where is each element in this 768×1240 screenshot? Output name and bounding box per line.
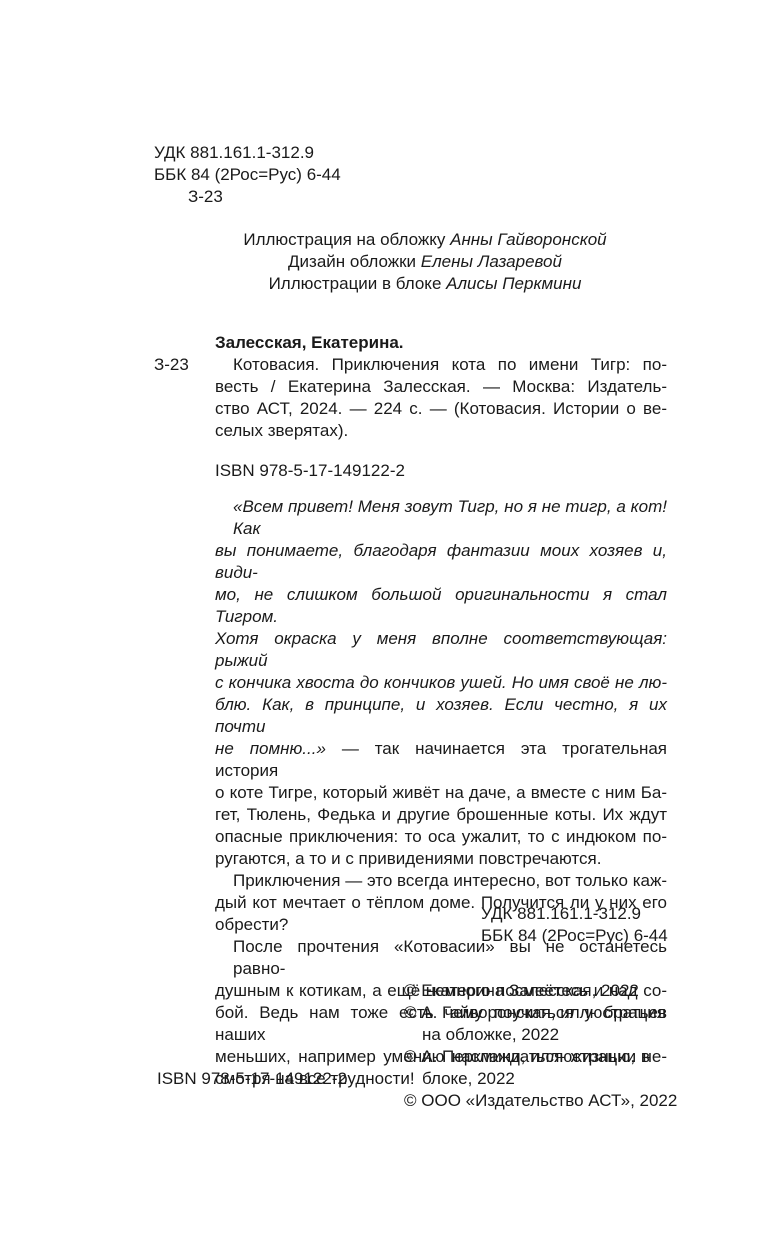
credit-line: Иллюстрации в блоке Алисы Перкмини <box>200 273 650 295</box>
annotation-line: блю. Как, в принципе, и хозяев. Если чес… <box>215 694 667 738</box>
annotation-line: Приключения — это всегда интересно, вот … <box>215 870 667 892</box>
isbn-record: ISBN 978-5-17-149122-2 <box>215 460 405 482</box>
copyright-line: блоке, 2022 <box>404 1068 677 1090</box>
author-heading: Залесская, Екатерина. <box>215 332 404 354</box>
credit-name: Алисы Перкмини <box>446 274 581 293</box>
annotation-line: «Всем привет! Меня зовут Тигр, но я не т… <box>215 496 667 540</box>
annotation-line: опасные приключения: то оса ужалит, то с… <box>215 826 667 848</box>
credit-name: Елены Лазаревой <box>421 252 562 271</box>
credit-line: Иллюстрация на обложку Анны Гайворонской <box>200 229 650 251</box>
annotation-line: с кончика хвоста до кончиков ушей. Но им… <box>215 672 667 694</box>
copyright-line: © Екатерина Залесская, 2022 <box>404 980 677 1002</box>
copyright-line: © А. Перкмини, иллюстрации в <box>404 1046 677 1068</box>
bibliographic-description: Котовасия. Приключения кота по имени Тиг… <box>215 354 667 442</box>
annotation-line: Хотя окраска у меня вполне соответствующ… <box>215 628 667 672</box>
annotation-line: мо, не слишком большой оригинальности я … <box>215 584 667 628</box>
udk-code: УДК 881.161.1-312.9 <box>481 903 668 925</box>
author-sign-left: З-23 <box>154 354 189 376</box>
classification-block-bottom: УДК 881.161.1-312.9 ББК 84 (2Рос=Рус) 6-… <box>481 903 668 947</box>
copyright-line: на обложке, 2022 <box>404 1024 677 1046</box>
classification-block-top: УДК 881.161.1-312.9 ББК 84 (2Рос=Рус) 6-… <box>154 142 341 208</box>
bbk-code: ББК 84 (2Рос=Рус) 6-44 <box>154 164 341 186</box>
credit-line: Дизайн обложки Елены Лазаревой <box>200 251 650 273</box>
biblio-line: весть / Екатерина Залесская. — Москва: И… <box>215 376 667 398</box>
annotation-line: вы понимаете, благодаря фантазии моих хо… <box>215 540 667 584</box>
annotation-line: гет, Тюлень, Федька и другие брошенные к… <box>215 804 667 826</box>
copyright-line: © ООО «Издательство АСТ», 2022 <box>404 1090 677 1112</box>
annotation-line: не помню...» — так начинается эта трогат… <box>215 738 667 782</box>
credits-block: Иллюстрация на обложку Анны Гайворонской… <box>200 229 650 295</box>
annotation-line: о коте Тигре, который живёт на даче, а в… <box>215 782 667 804</box>
biblio-line: селых зверятах). <box>215 420 667 442</box>
isbn-bottom: ISBN 978-5-17-149122-2 <box>157 1068 347 1090</box>
author-sign: З-23 <box>154 186 341 208</box>
copyright-block: © Екатерина Залесская, 2022 © А. Гайворо… <box>404 980 677 1112</box>
udk-code: УДК 881.161.1-312.9 <box>154 142 341 164</box>
biblio-line: ство АСТ, 2024. — 224 с. — (Котовасия. И… <box>215 398 667 420</box>
bbk-code: ББК 84 (2Рос=Рус) 6-44 <box>481 925 668 947</box>
credit-name: Анны Гайворонской <box>450 230 607 249</box>
annotation-line: ругаются, а то и с привидениями повстреч… <box>215 848 667 870</box>
copyright-line: © А. Гайворонская, иллюстрация <box>404 1002 677 1024</box>
biblio-line: Котовасия. Приключения кота по имени Тиг… <box>215 354 667 376</box>
